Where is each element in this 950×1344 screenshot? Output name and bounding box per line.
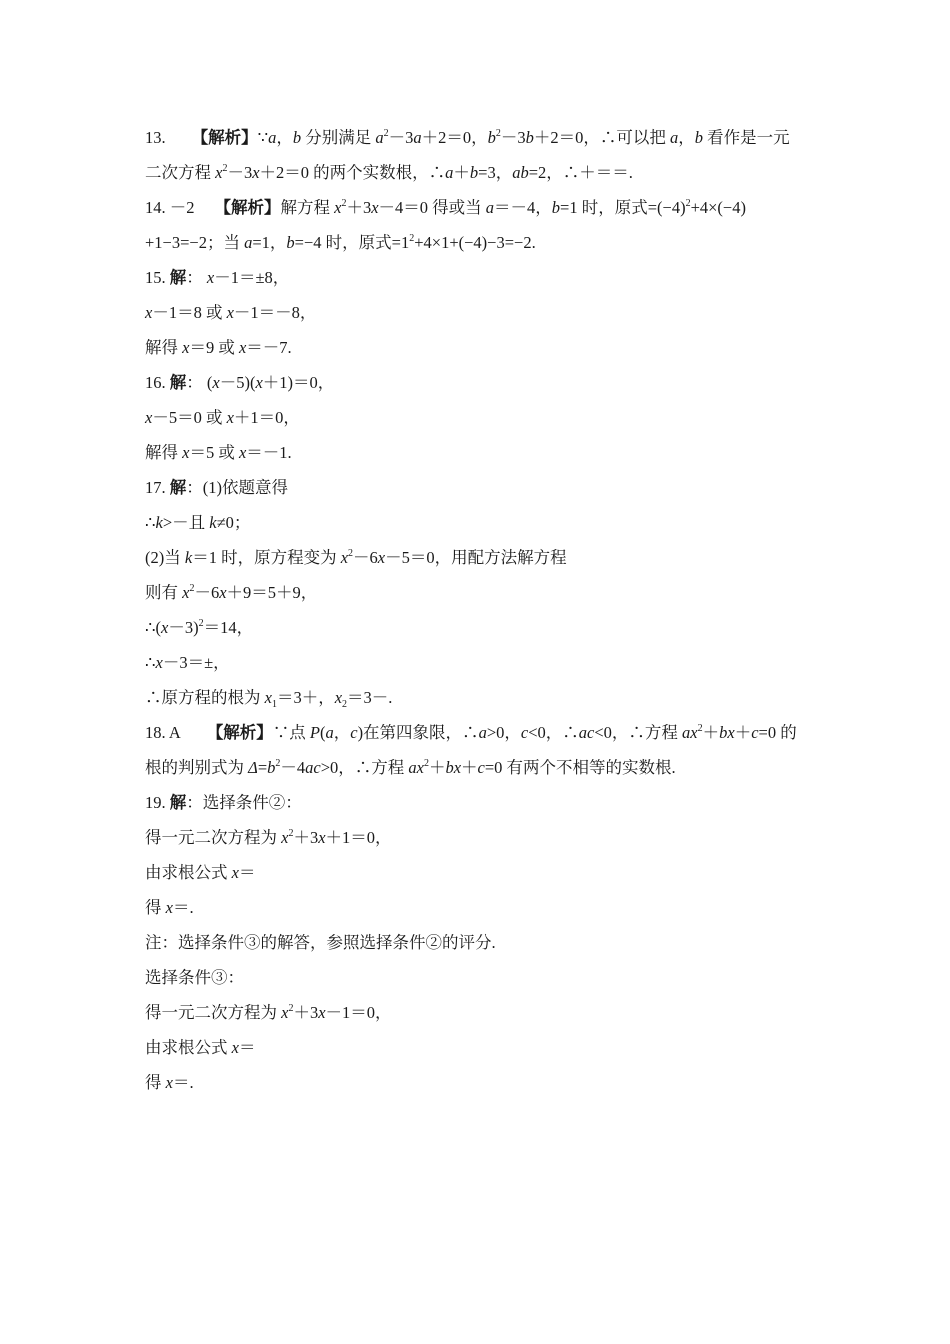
text-run: ：: [186, 268, 207, 287]
text-run: 根的判别式为: [145, 758, 248, 777]
text-run: －1＝±8，: [214, 268, 289, 287]
math-variable: x: [232, 863, 239, 882]
math-variable: ab: [512, 163, 529, 182]
text-run: 13.: [145, 128, 166, 147]
text-run: －6: [194, 583, 219, 602]
bold-label: 【解析】: [192, 128, 258, 147]
math-variable: b: [695, 128, 703, 147]
text-run: ＋: [735, 723, 752, 742]
math-variable: ac: [579, 723, 595, 742]
text-run: >0，: [487, 723, 521, 742]
math-variable: b: [526, 128, 534, 147]
text-run: ＝－1.: [246, 443, 291, 462]
text-run: ，: [276, 128, 293, 147]
text-run: ∴原方程的根为: [145, 688, 265, 707]
text-line: 得 x＝.: [145, 896, 194, 920]
math-variable: x: [166, 898, 173, 917]
math-variable: P: [310, 723, 320, 742]
math-variable: x: [335, 688, 342, 707]
text-line: 则有 x2－6x＋9＝5＋9，: [145, 581, 317, 605]
text-line: (2)当 k＝1 时，原方程变为 x2－6x－5＝0，用配方法解方程: [145, 546, 567, 570]
bold-label: 解: [170, 268, 187, 287]
bold-label: 解: [170, 478, 187, 497]
text-run: －3: [501, 128, 526, 147]
math-variable: x: [371, 198, 378, 217]
text-run: ＝1 时，原方程变为: [192, 548, 341, 567]
math-variable: c: [751, 723, 758, 742]
math-variable: k: [156, 513, 163, 532]
text-run: －3＝±，: [163, 653, 230, 672]
text-run: ＝－7.: [246, 338, 291, 357]
text-run: =−4 时，原式=1: [295, 233, 410, 252]
text-run: ＝5 或: [189, 443, 239, 462]
bold-label: 【解析】: [207, 723, 273, 742]
text-run: －5)(: [220, 373, 256, 392]
text-run: －1＝8 或: [152, 303, 226, 322]
math-variable: a: [670, 128, 678, 147]
text-line: x－1＝8 或 x－1＝－8，: [145, 301, 316, 325]
text-run: 解方程: [281, 198, 335, 217]
math-variable: k: [209, 513, 216, 532]
text-line: 得一元二次方程为 x2＋3x＋1＝0，: [145, 826, 392, 850]
text-run: 则有: [145, 583, 182, 602]
text-run: －4＝0 得或当: [379, 198, 486, 217]
text-run: ＋2＝0 的两个实数根，∴: [260, 163, 446, 182]
text-line: 根的判别式为 Δ=b2－4ac>0，∴方程 ax2＋bx＋c=0 有两个不相等的…: [145, 756, 676, 780]
text-run: +4×(−4): [691, 198, 746, 217]
math-variable: x: [318, 1003, 325, 1022]
math-variable: a: [325, 723, 333, 742]
text-run: 19.: [145, 793, 170, 812]
text-run: (2)当: [145, 548, 185, 567]
text-run: ＋1＝0，: [234, 408, 300, 427]
text-line: ∴x－3＝±，: [145, 651, 230, 675]
text-run: 选择条件③：: [145, 968, 244, 987]
text-run: －3): [168, 618, 198, 637]
text-run: =: [258, 758, 267, 777]
math-variable: a: [413, 128, 421, 147]
bold-label: 解: [170, 373, 187, 392]
text-line: ∴k>－且 k≠0；: [145, 511, 250, 535]
text-run: ＋2＝0，∴可以把: [534, 128, 670, 147]
text-run: ＝: [239, 863, 256, 882]
text-run: =1 时，原式=(−4): [560, 198, 686, 217]
text-run: ∵: [258, 128, 269, 147]
text-run: ＋1)＝0，: [263, 373, 335, 392]
math-variable: x: [227, 408, 234, 427]
text-run: 二次方程: [145, 163, 215, 182]
math-variable: c: [478, 758, 485, 777]
math-variable: x: [341, 548, 348, 567]
text-run: ＋: [703, 723, 720, 742]
text-run: －3: [227, 163, 252, 182]
text-run: ＝3－.: [347, 688, 392, 707]
text-run: ＝.: [173, 1073, 194, 1092]
text-run: ∵点: [273, 723, 310, 742]
text-line: 选择条件③：: [145, 966, 244, 990]
bold-label: 解: [170, 793, 187, 812]
text-line: 19. 解：选择条件②：: [145, 791, 302, 815]
text-run: 得: [145, 898, 166, 917]
math-variable: bx: [719, 723, 735, 742]
text-run: ≠0；: [217, 513, 251, 532]
text-line: 17. 解：(1)依题意得: [145, 476, 288, 500]
math-variable: x: [378, 548, 385, 567]
text-run: ＝.: [173, 898, 194, 917]
text-line: ∴原方程的根为 x1＝3＋，x2＝3－.: [145, 686, 392, 710]
text-run: 由求根公式: [145, 863, 232, 882]
text-line: 得 x＝.: [145, 1071, 194, 1095]
math-variable: x: [219, 583, 226, 602]
text-run: ＋3: [293, 828, 318, 847]
text-run: =0 的: [759, 723, 797, 742]
text-run: ：选择条件②：: [186, 793, 302, 812]
text-run: 解得: [145, 338, 182, 357]
math-variable: x: [252, 163, 259, 182]
text-run: 18. A: [145, 723, 181, 742]
math-variable: a: [486, 198, 494, 217]
text-line: 注：选择条件③的解答，参照选择条件②的评分.: [145, 931, 496, 955]
text-run: 得一元二次方程为: [145, 828, 281, 847]
math-variable: x: [166, 1073, 173, 1092]
text-run: ： (: [186, 373, 212, 392]
text-run: =2，∴＋＝＝.: [529, 163, 633, 182]
text-run: =1，: [252, 233, 286, 252]
text-line: 由求根公式 x＝: [145, 1036, 255, 1060]
text-run: －5＝0 或: [152, 408, 226, 427]
text-run: ＝9 或: [189, 338, 239, 357]
text-run: ＋: [429, 758, 446, 777]
text-line: 得一元二次方程为 x2＋3x－1＝0，: [145, 1001, 392, 1025]
math-variable: a: [479, 723, 487, 742]
text-line: x－5＝0 或 x＋1＝0，: [145, 406, 300, 430]
text-run: ＝14，: [204, 618, 254, 637]
text-run: =0 有两个不相等的实数根.: [485, 758, 676, 777]
text-run: +1−3=−2；当: [145, 233, 244, 252]
text-run: ＋1＝0，: [326, 828, 392, 847]
text-run: )在第四象限，∴: [358, 723, 479, 742]
text-run: 注：选择条件③的解答，参照选择条件②的评分.: [145, 933, 496, 952]
text-run: －4: [280, 758, 305, 777]
text-line: 由求根公式 x＝: [145, 861, 255, 885]
text-run: 得: [145, 1073, 166, 1092]
text-run: －3: [389, 128, 414, 147]
text-run: ，: [678, 128, 695, 147]
text-line: 13.【解析】∵a，b 分别满足 a2－3a＋2＝0，b2－3b＋2＝0，∴可以…: [145, 126, 790, 150]
math-variable: ac: [305, 758, 321, 777]
text-line: 15. 解： x－1＝±8，: [145, 266, 289, 290]
math-variable: b: [552, 198, 560, 217]
text-run: ：(1)依题意得: [186, 478, 288, 497]
document-page: 13.【解析】∵a，b 分别满足 a2－3a＋2＝0，b2－3b＋2＝0，∴可以…: [0, 0, 950, 1344]
text-run: 14. －2: [145, 198, 195, 217]
text-run: 15.: [145, 268, 170, 287]
math-variable: b: [470, 163, 478, 182]
text-line: 解得 x＝9 或 x＝－7.: [145, 336, 292, 360]
text-run: －5＝0，用配方法解方程: [385, 548, 567, 567]
text-run: ＋3: [346, 198, 371, 217]
math-variable: x: [318, 828, 325, 847]
text-run: >－且: [163, 513, 209, 532]
text-run: ，: [334, 723, 351, 742]
text-run: ＋9＝5＋9，: [227, 583, 318, 602]
math-variable: ax: [408, 758, 424, 777]
math-variable: b: [488, 128, 496, 147]
text-run: 由求根公式: [145, 1038, 232, 1057]
text-line: 解得 x＝5 或 x＝－1.: [145, 441, 292, 465]
text-run: ＋: [453, 163, 470, 182]
text-run: 看作是一元: [703, 128, 790, 147]
math-variable: x: [232, 1038, 239, 1057]
text-run: 17.: [145, 478, 170, 497]
math-variable: a: [375, 128, 383, 147]
math-variable: bx: [445, 758, 461, 777]
text-line: 二次方程 x2－3x＋2＝0 的两个实数根，∴a＋b=3，ab=2，∴＋＝＝.: [145, 161, 633, 185]
text-run: =3，: [478, 163, 512, 182]
text-run: 16.: [145, 373, 170, 392]
text-run: ∴: [145, 513, 156, 532]
text-line: +1−3=−2；当 a=1，b=−4 时，原式=12+4×1+(−4)−3=−2…: [145, 231, 536, 255]
text-line: 14. －2【解析】解方程 x2＋3x－4＝0 得或当 a＝－4，b=1 时，原…: [145, 196, 746, 220]
text-run: +4×1+(−4)−3=−2.: [414, 233, 536, 252]
text-run: <0，∴: [528, 723, 579, 742]
math-variable: c: [350, 723, 357, 742]
math-variable: x: [212, 373, 219, 392]
math-variable: ax: [682, 723, 698, 742]
text-run: －1＝－8，: [234, 303, 317, 322]
text-run: >0，∴方程: [321, 758, 409, 777]
math-variable: x: [156, 653, 163, 672]
text-run: 解得: [145, 443, 182, 462]
text-run: ∴: [145, 653, 156, 672]
text-run: －1＝0，: [326, 1003, 392, 1022]
text-line: 16. 解： (x－5)(x＋1)＝0，: [145, 371, 334, 395]
math-variable: b: [286, 233, 294, 252]
text-run: ＝3＋，: [277, 688, 335, 707]
math-variable: x: [265, 688, 272, 707]
math-variable: x: [255, 373, 262, 392]
text-run: 得一元二次方程为: [145, 1003, 281, 1022]
text-line: ∴(x－3)2＝14，: [145, 616, 253, 640]
math-variable: Δ: [248, 758, 258, 777]
text-run: 分别满足: [301, 128, 375, 147]
text-run: <0，∴方程: [594, 723, 682, 742]
math-variable: b: [293, 128, 301, 147]
text-run: ＝: [239, 1038, 256, 1057]
text-run: ∴(: [145, 618, 161, 637]
text-run: ＝－4，: [494, 198, 552, 217]
text-run: ＋3: [293, 1003, 318, 1022]
text-line: 18. A【解析】∵点 P(a，c)在第四象限，∴a>0，c<0，∴ac<0，∴…: [145, 721, 797, 745]
bold-label: 【解析】: [215, 198, 281, 217]
math-variable: x: [227, 303, 234, 322]
text-run: ＋2＝0，: [422, 128, 488, 147]
text-run: －6: [353, 548, 378, 567]
text-run: ＋: [461, 758, 478, 777]
